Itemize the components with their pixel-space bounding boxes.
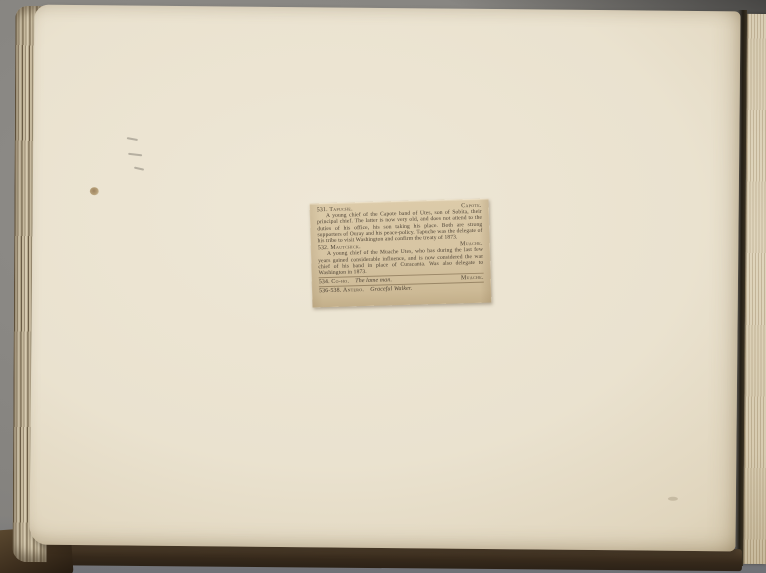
entry-subtitle: The lame man. <box>355 277 392 284</box>
entry-number: 536-538. <box>319 288 341 295</box>
entry-number-and-name: 536-538. Antero.Graceful Walker. <box>319 286 412 295</box>
entry-band: Muache. <box>461 275 484 282</box>
pencil-mark <box>127 137 138 141</box>
foxing-spot <box>90 187 99 195</box>
photographed-album-page: 531. Tapuche. Capote. A young chief of t… <box>0 0 766 573</box>
entry-description: A young chief of the Capote band of Utes… <box>317 209 483 245</box>
faint-smudge <box>668 497 678 501</box>
facing-page-edge <box>743 14 766 564</box>
entry-number: 534. <box>319 279 330 285</box>
pencil-mark <box>128 153 142 157</box>
pasted-catalog-clipping: 531. Tapuche. Capote. A young chief of t… <box>310 199 492 308</box>
entry-subtitle: Graceful Walker. <box>370 286 412 293</box>
pencil-mark <box>134 167 144 171</box>
entry-description: A young chief of the Muache Utes, who ha… <box>318 247 484 276</box>
entry-name: Co-ho. <box>331 279 349 285</box>
entry-name: Antero. <box>343 287 364 294</box>
